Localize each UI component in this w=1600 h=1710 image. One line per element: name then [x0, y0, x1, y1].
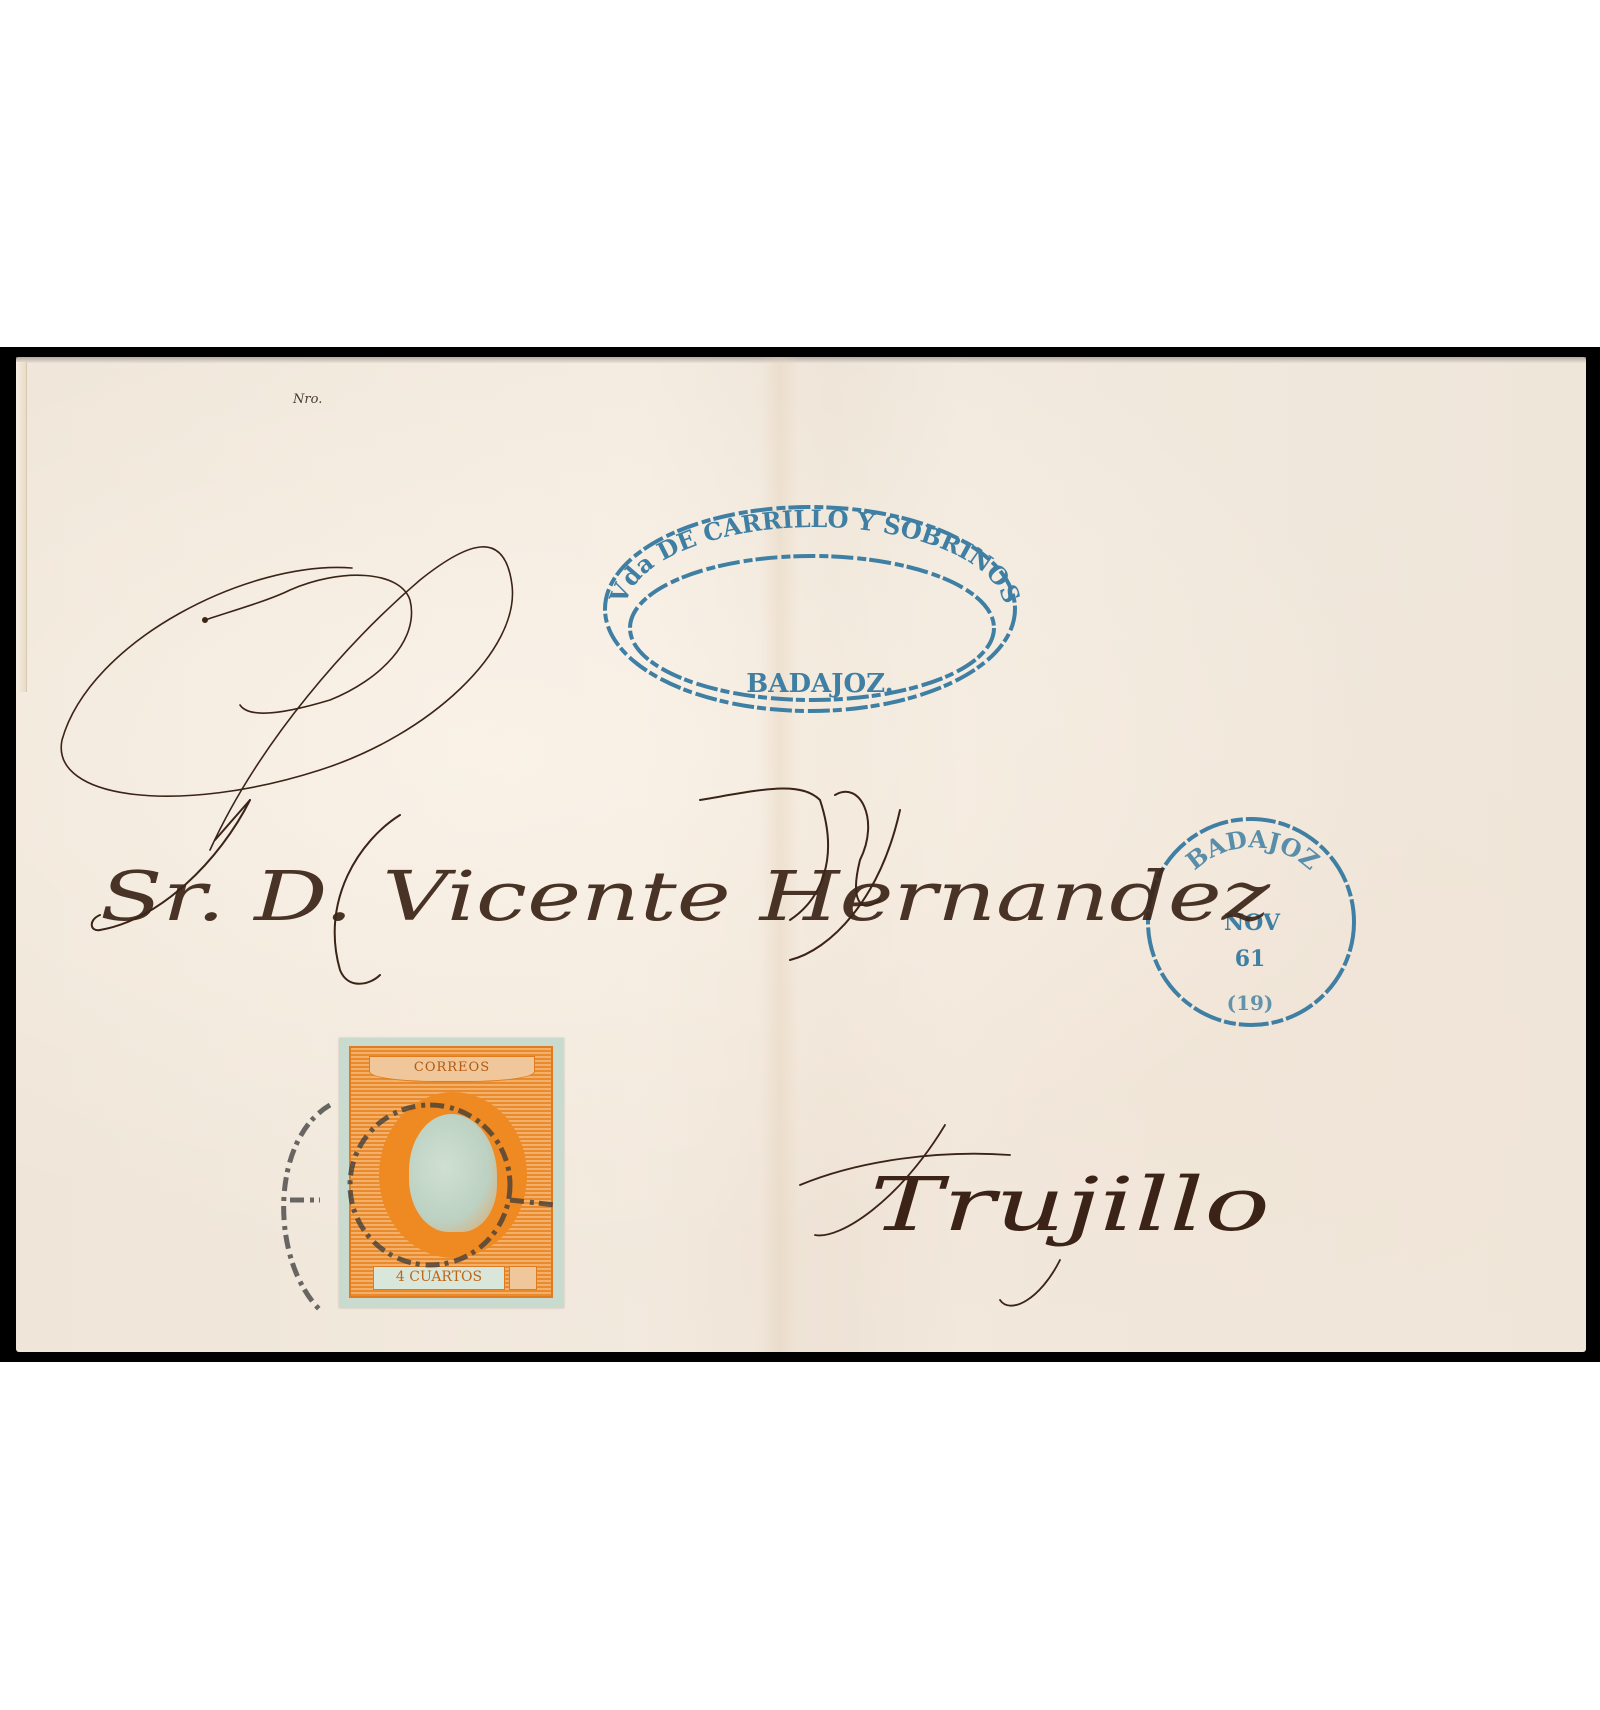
stamp-cancellation-mark — [284, 1105, 555, 1310]
cancellation-overlay — [0, 0, 1600, 1710]
